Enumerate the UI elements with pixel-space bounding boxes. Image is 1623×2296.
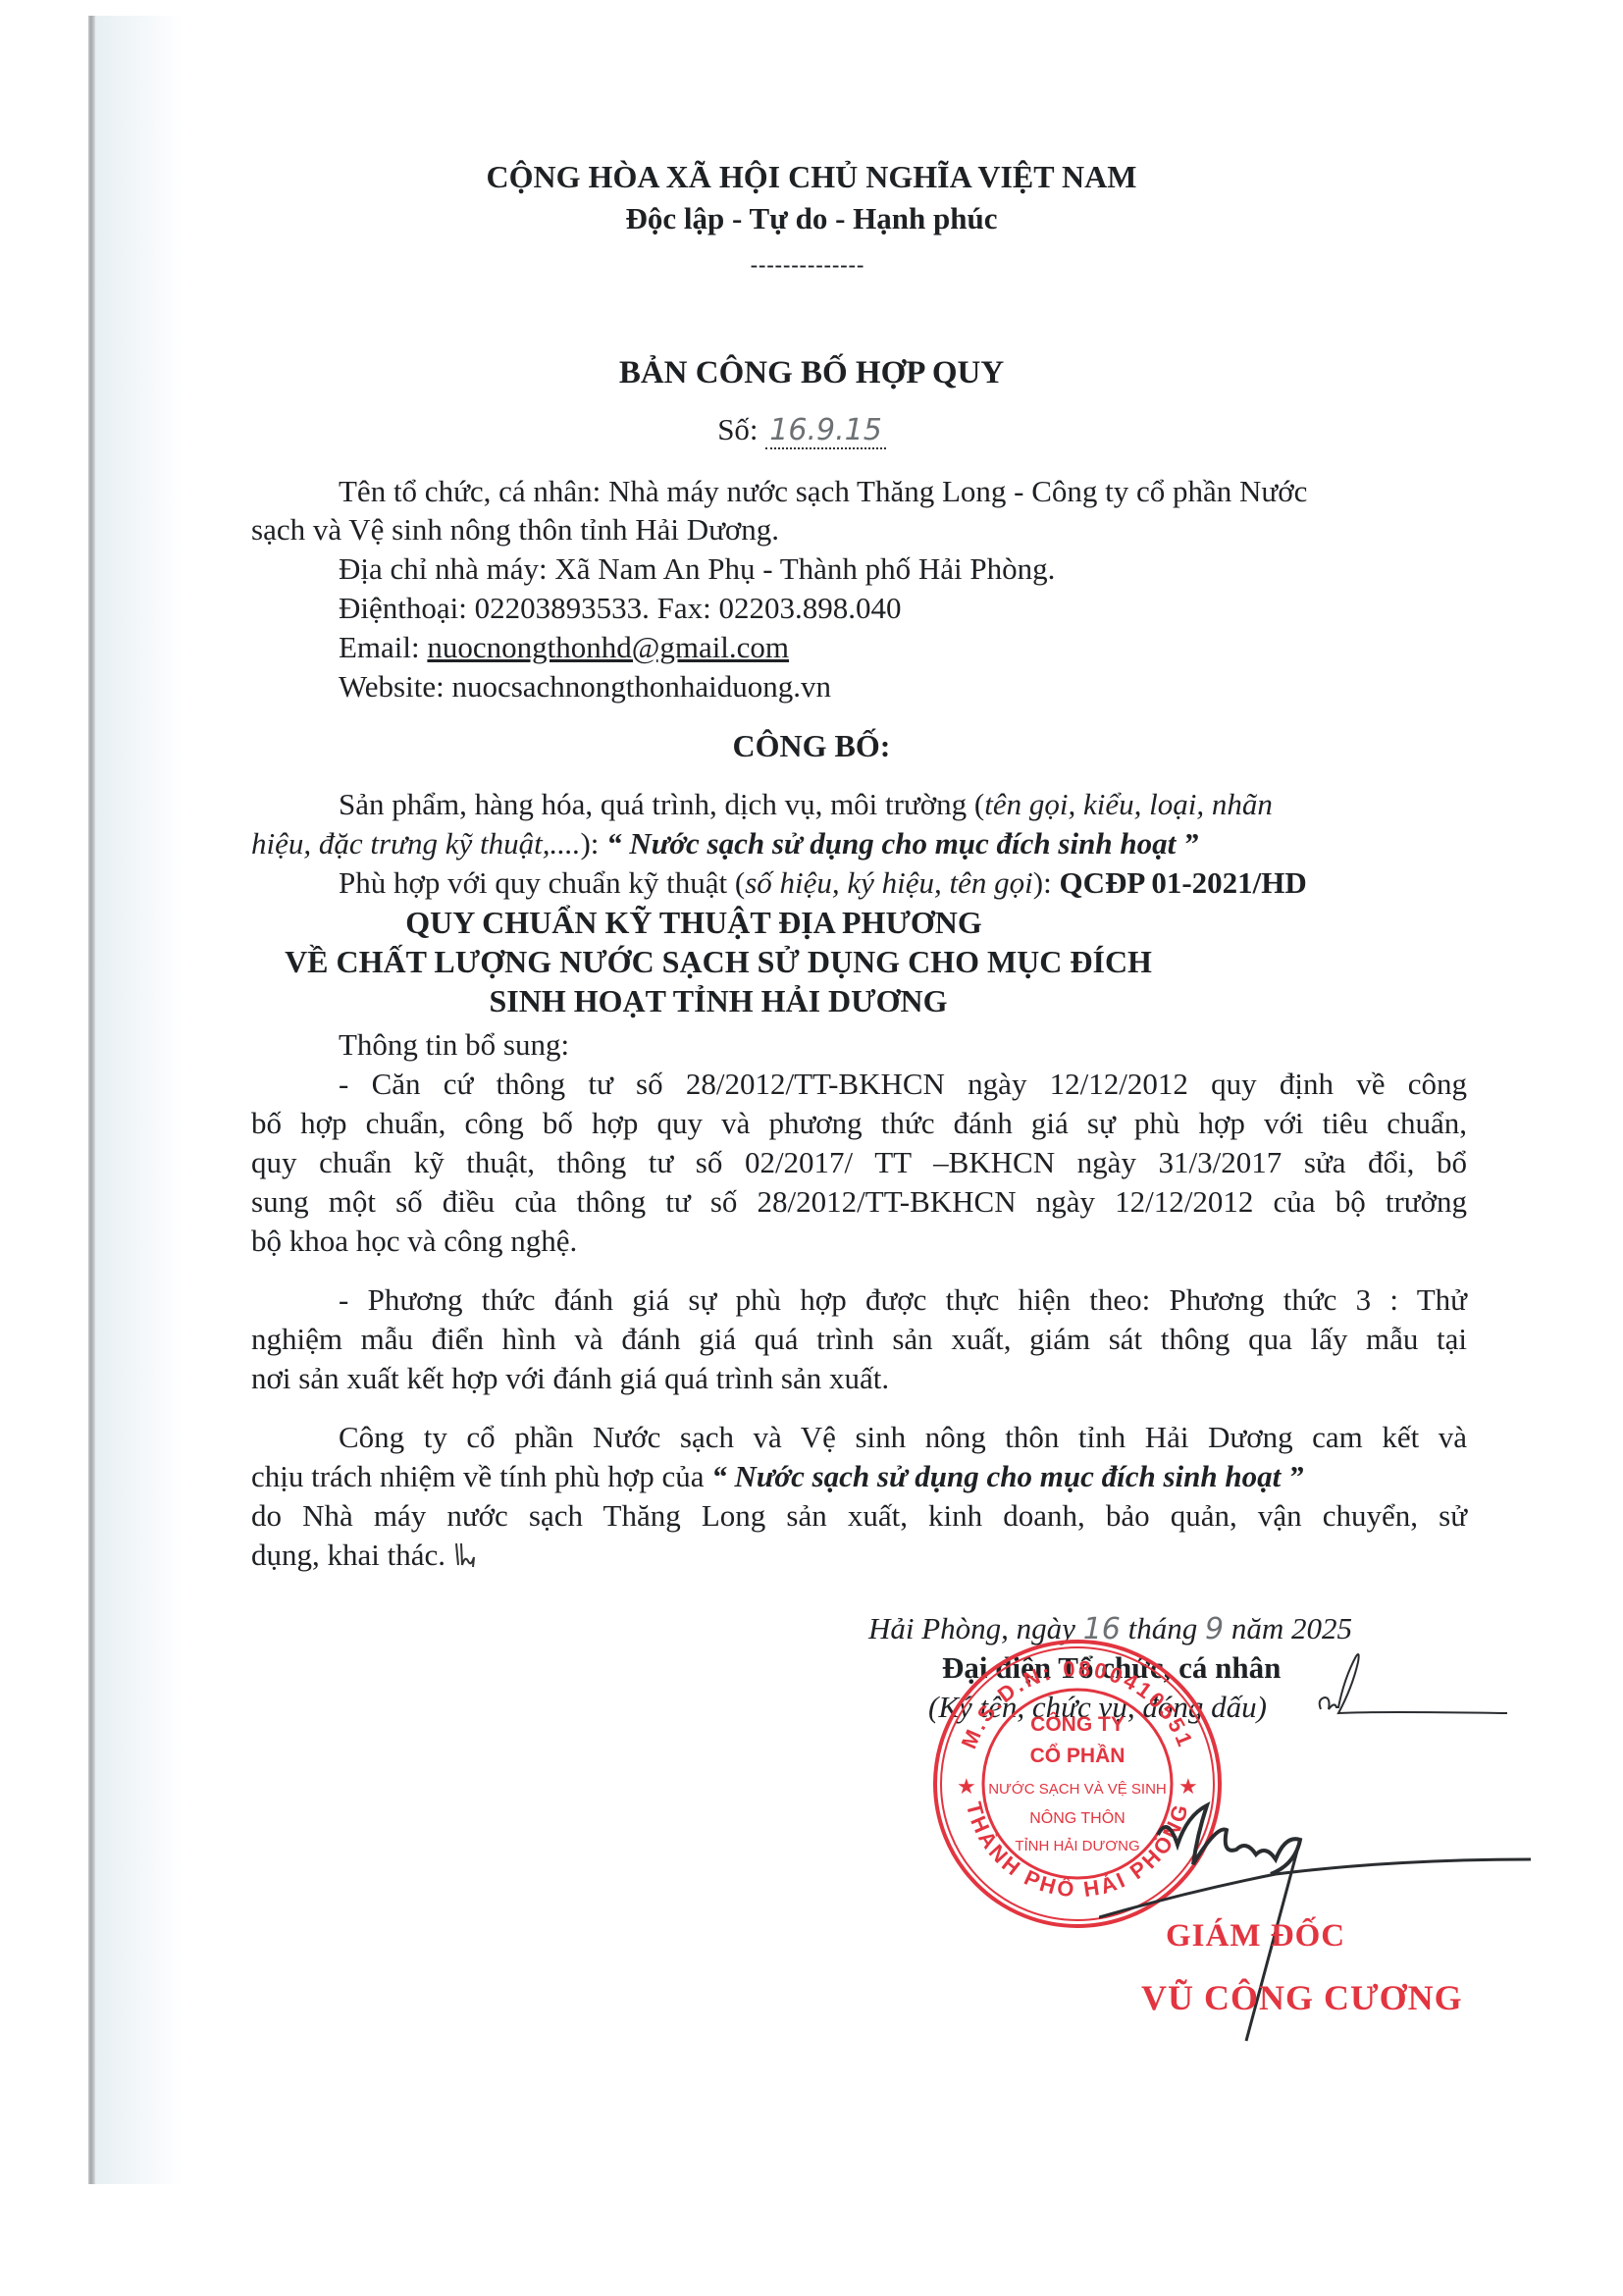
- org-email-line: Email: nuocnongthonhd@gmail.com: [339, 628, 789, 667]
- org-name-line-1: Tên tổ chức, cá nhân: Nhà máy nước sạch …: [339, 472, 1307, 511]
- conformity-hint: số hiệu, ký hiệu, tên gọi: [745, 865, 1033, 900]
- initial-signature-icon: [1315, 1648, 1511, 1727]
- header-separator: --------------: [0, 245, 1619, 285]
- declaration-heading: CÔNG BỐ:: [0, 726, 1623, 765]
- additional-info-p1-line-1: - Căn cứ thông tư số 28/2012/TT-BKHCN ng…: [339, 1065, 1467, 1104]
- product-hint-2: hiệu, đặc trưng kỹ thuật,....: [251, 826, 580, 861]
- commitment-product-name: “ Nước sạch sử dụng cho mục đích sinh ho…: [711, 1459, 1303, 1493]
- additional-info-p2-line-3: nơi sản xuất kết hợp với đánh giá quá tr…: [251, 1359, 889, 1398]
- document-page: CỘNG HÒA XÃ HỘI CHỦ NGHĨA VIỆT NAM Độc l…: [0, 0, 1623, 2296]
- commitment-line-4-text: dụng, khai thác.: [251, 1538, 445, 1572]
- org-name-line-2: sạch và Vệ sinh nông thôn tỉnh Hải Dương…: [251, 510, 779, 549]
- org-address: Địa chỉ nhà máy: Xã Nam An Phụ - Thành p…: [339, 549, 1055, 589]
- document-number-label: Số:: [717, 412, 758, 446]
- stamp-inner-line-5: TỈNH HẢI DƯƠNG: [1015, 1838, 1139, 1854]
- initials-mark-icon: [453, 1541, 481, 1571]
- company-seal-stamp: M.S.D.N: 0800410551 THÀNH PHỐ HẢI PHÒNG …: [930, 1637, 1225, 1931]
- org-phone-fax: Điệnthoại: 02203893533. Fax: 02203.898.0…: [339, 589, 901, 628]
- product-hint-1: tên gọi, kiểu, loại, nhãn: [984, 787, 1273, 821]
- commitment-line-2-text: chịu trách nhiệm về tính phù hợp của: [251, 1459, 711, 1493]
- additional-info-p1-line-5: bộ khoa học và công nghệ.: [251, 1222, 577, 1261]
- conformity-label: Phù hợp với quy chuẩn kỹ thuật (: [339, 865, 745, 900]
- additional-info-p2-line-1: - Phương thức đánh giá sự phù hợp được t…: [339, 1280, 1467, 1320]
- commitment-line-1: Công ty cổ phần Nước sạch và Vệ sinh nôn…: [339, 1418, 1467, 1457]
- product-line-2: hiệu, đặc trưng kỹ thuật,....): “ Nước s…: [251, 824, 1198, 863]
- national-motto: Độc lập - Tự do - Hạnh phúc: [0, 199, 1623, 238]
- document-title: BẢN CÔNG BỐ HỢP QUY: [0, 353, 1623, 392]
- standard-title-line-3: SINH HOẠT TỈNH HẢI DƯƠNG: [0, 981, 1530, 1020]
- product-line-1: Sản phẩm, hàng hóa, quá trình, dịch vụ, …: [339, 785, 1273, 824]
- standard-title-line-2: VỀ CHẤT LƯỢNG NƯỚC SẠCH SỬ DỤNG CHO MỤC …: [0, 942, 1530, 981]
- additional-info-label: Thông tin bổ sung:: [339, 1025, 569, 1065]
- stamp-star-right-icon: ★: [1178, 1774, 1198, 1799]
- stamp-inner-line-4: NÔNG THÔN: [1029, 1808, 1125, 1827]
- standard-title-line-1: QUY CHUẨN KỸ THUẬT ĐỊA PHƯƠNG: [0, 903, 1505, 942]
- document-number-value: 16.9.15: [765, 413, 886, 449]
- conformity-hint-close: ):: [1033, 865, 1060, 900]
- stamp-inner-line-2: CỔ PHẦN: [1030, 1744, 1126, 1767]
- additional-info-p2-line-2: nghiệm mẫu điển hình và đánh giá quá trì…: [251, 1320, 1467, 1359]
- org-email-link[interactable]: nuocnongthonhd@gmail.com: [427, 630, 789, 664]
- date-year: năm 2025: [1231, 1611, 1352, 1645]
- signer-position: GIÁM ĐỐC: [1166, 1918, 1345, 1955]
- stamp-inner-line-1: CÔNG TY: [1030, 1712, 1125, 1736]
- commitment-line-3: do Nhà máy nước sạch Thăng Long sản xuất…: [251, 1496, 1467, 1536]
- signer-name: VŨ CÔNG CƯƠNG: [1141, 1977, 1463, 2018]
- product-label: Sản phẩm, hàng hóa, quá trình, dịch vụ, …: [339, 787, 984, 821]
- product-hint-close: ):: [580, 826, 606, 861]
- national-title: CỘNG HÒA XÃ HỘI CHỦ NGHĨA VIỆT NAM: [0, 157, 1623, 196]
- org-email-label: Email:: [339, 630, 427, 664]
- additional-info-p1-line-4: sung một số điều của thông tư số 28/2012…: [251, 1182, 1467, 1222]
- stamp-inner-line-3: NƯỚC SẠCH VÀ VỆ SINH: [988, 1781, 1167, 1798]
- product-name: “ Nước sạch sử dụng cho mục đích sinh ho…: [606, 826, 1198, 861]
- stamp-star-left-icon: ★: [957, 1774, 976, 1799]
- commitment-line-4: dụng, khai thác.: [251, 1536, 481, 1575]
- commitment-line-2: chịu trách nhiệm về tính phù hợp của “ N…: [251, 1457, 1304, 1496]
- conformity-line: Phù hợp với quy chuẩn kỹ thuật (số hiệu,…: [339, 863, 1307, 903]
- additional-info-p1-line-3: quy chuẩn kỹ thuật, thông tư số 02/2017/…: [251, 1143, 1467, 1182]
- additional-info-p1-line-2: bố hợp chuẩn, công bố hợp quy và phương …: [251, 1104, 1467, 1143]
- standard-code: QCĐP 01-2021/HD: [1059, 865, 1306, 900]
- document-number: Số: 16.9.15: [0, 410, 1613, 450]
- org-website: Website: nuocsachnongthonhaiduong.vn: [339, 667, 831, 706]
